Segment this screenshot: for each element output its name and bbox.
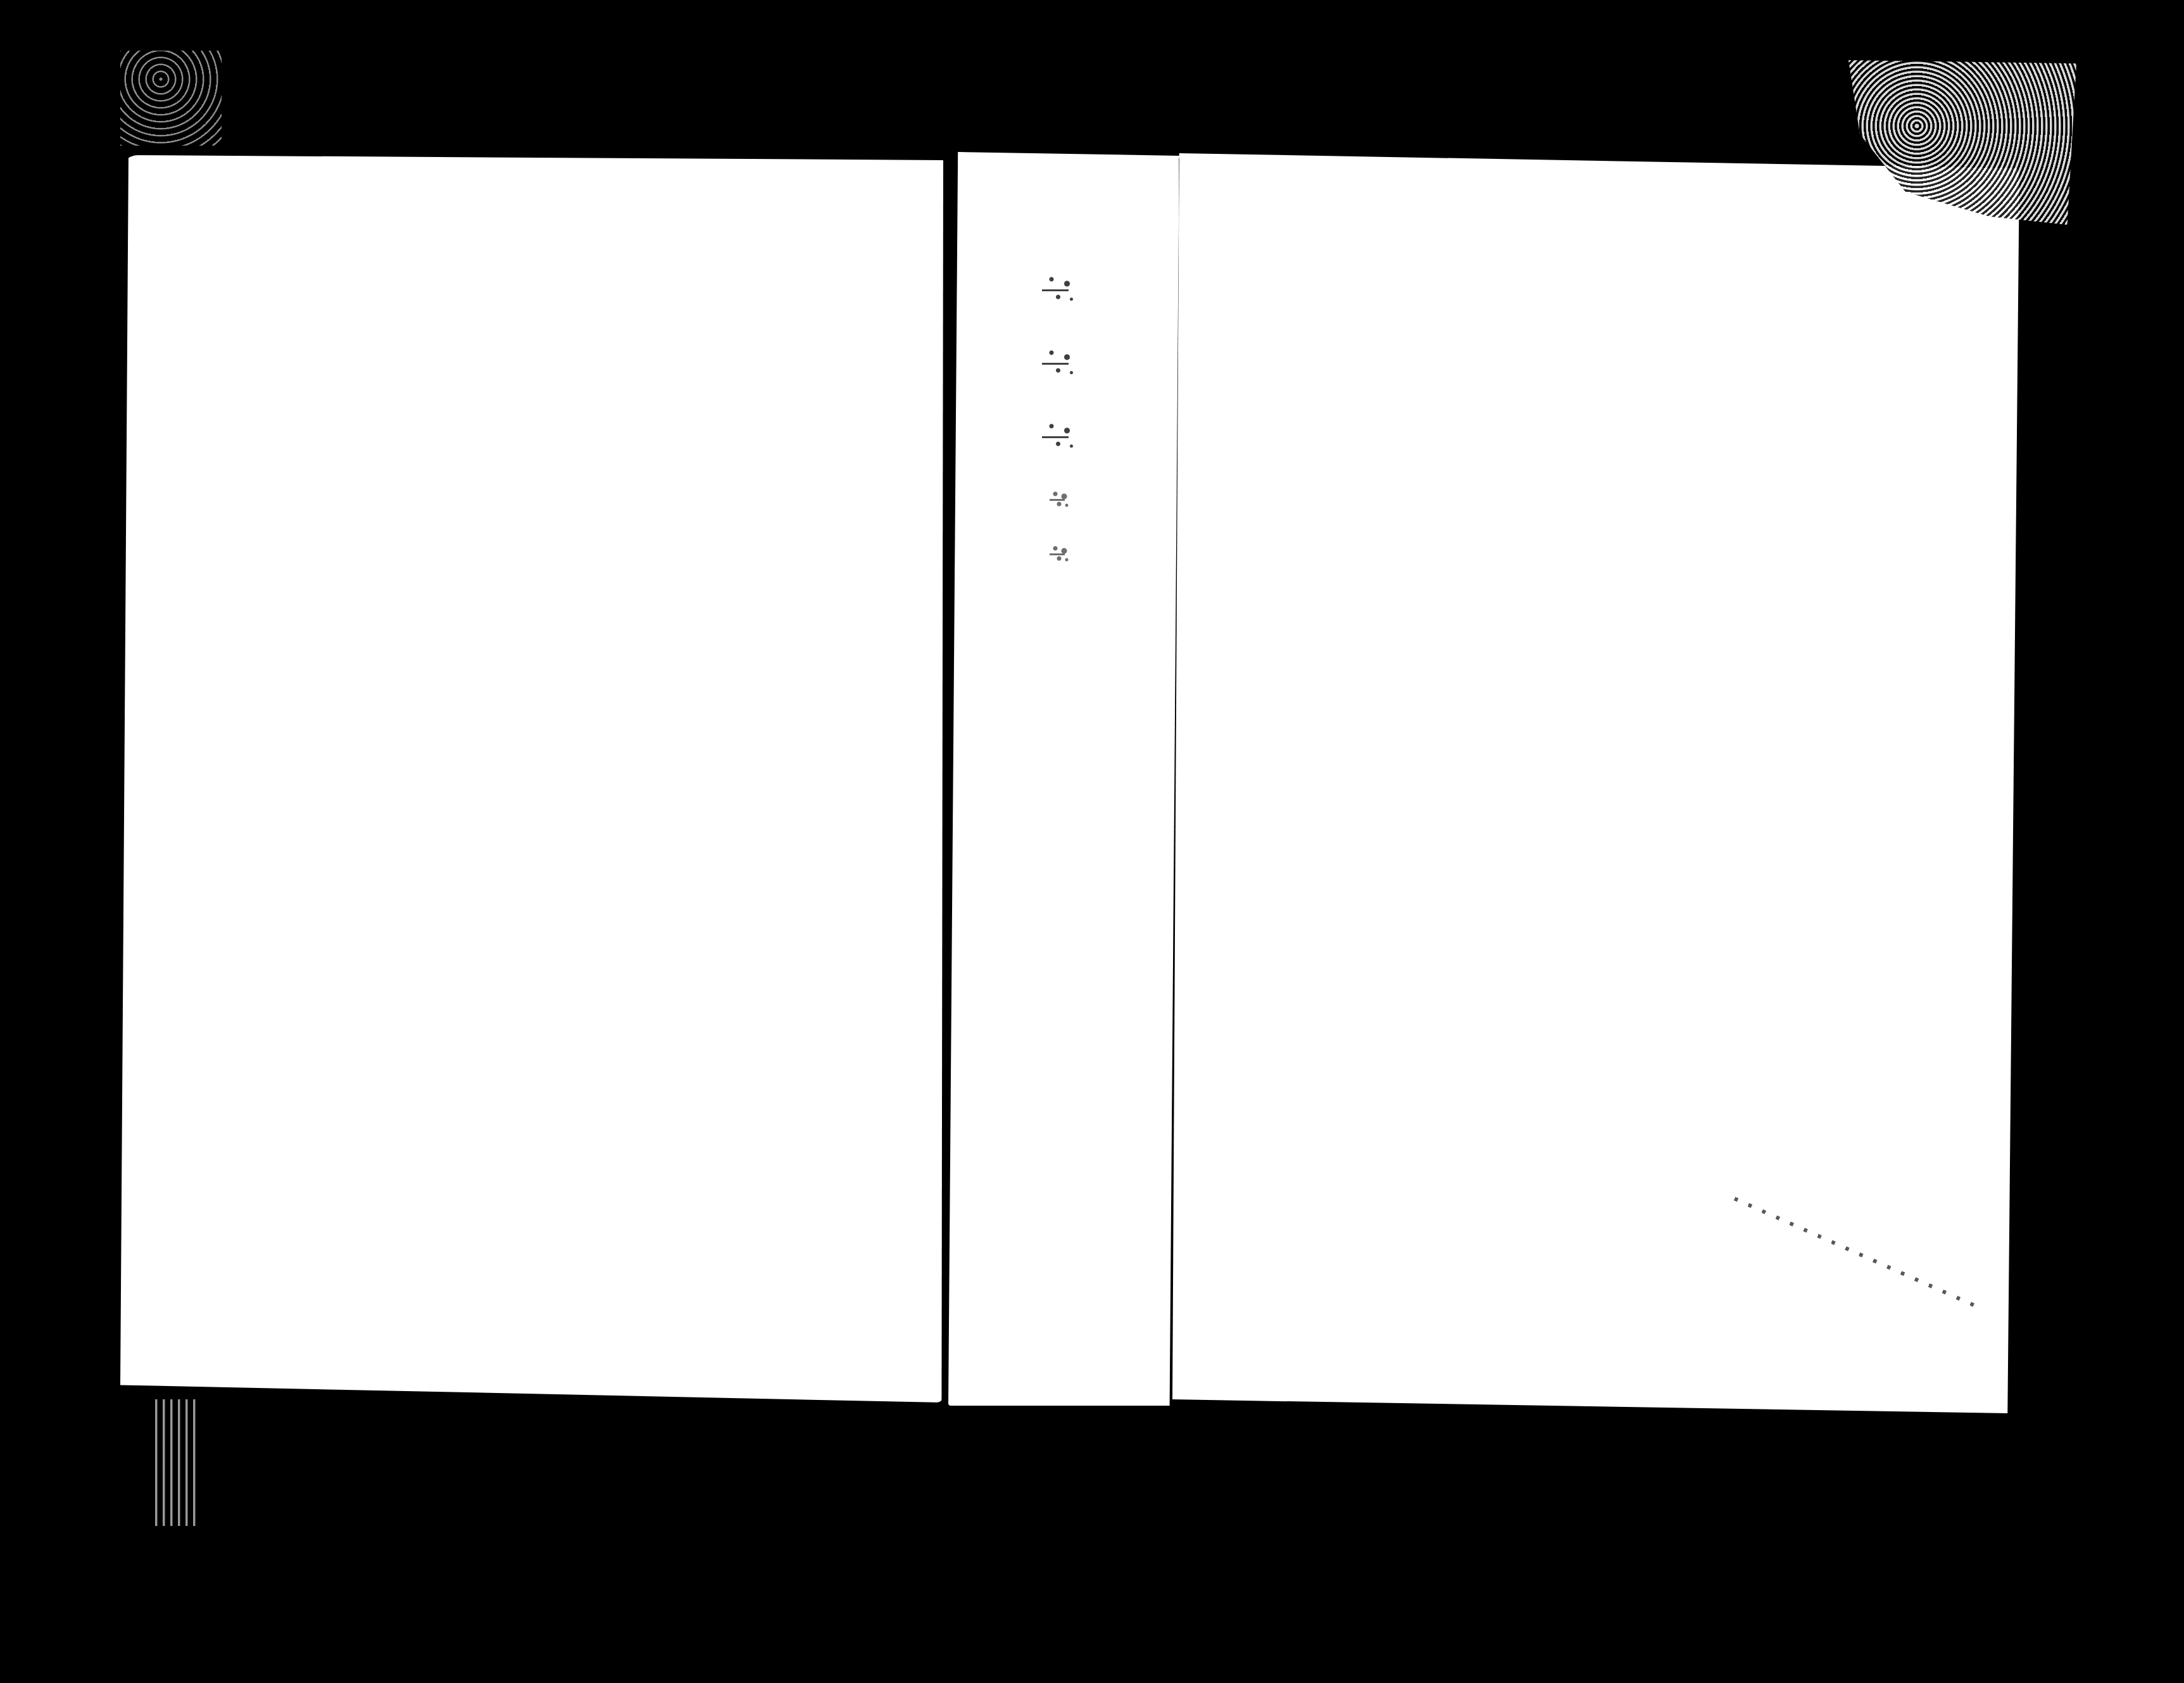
spine-glyph-5-icon — [1048, 541, 1073, 566]
front-cover-board — [1172, 153, 2019, 1413]
spine-glyph-4-icon — [1048, 486, 1073, 512]
spine-glyph-3-icon — [1038, 413, 1083, 457]
spine-glyph-2-icon — [1038, 339, 1083, 384]
spine-glyph-1-icon — [1038, 266, 1083, 310]
corner-wear-top-left — [120, 51, 222, 146]
bookmark-ribbon — [155, 1399, 199, 1526]
back-cover-board — [120, 155, 943, 1402]
spine-title-glyphs — [1026, 266, 1095, 646]
